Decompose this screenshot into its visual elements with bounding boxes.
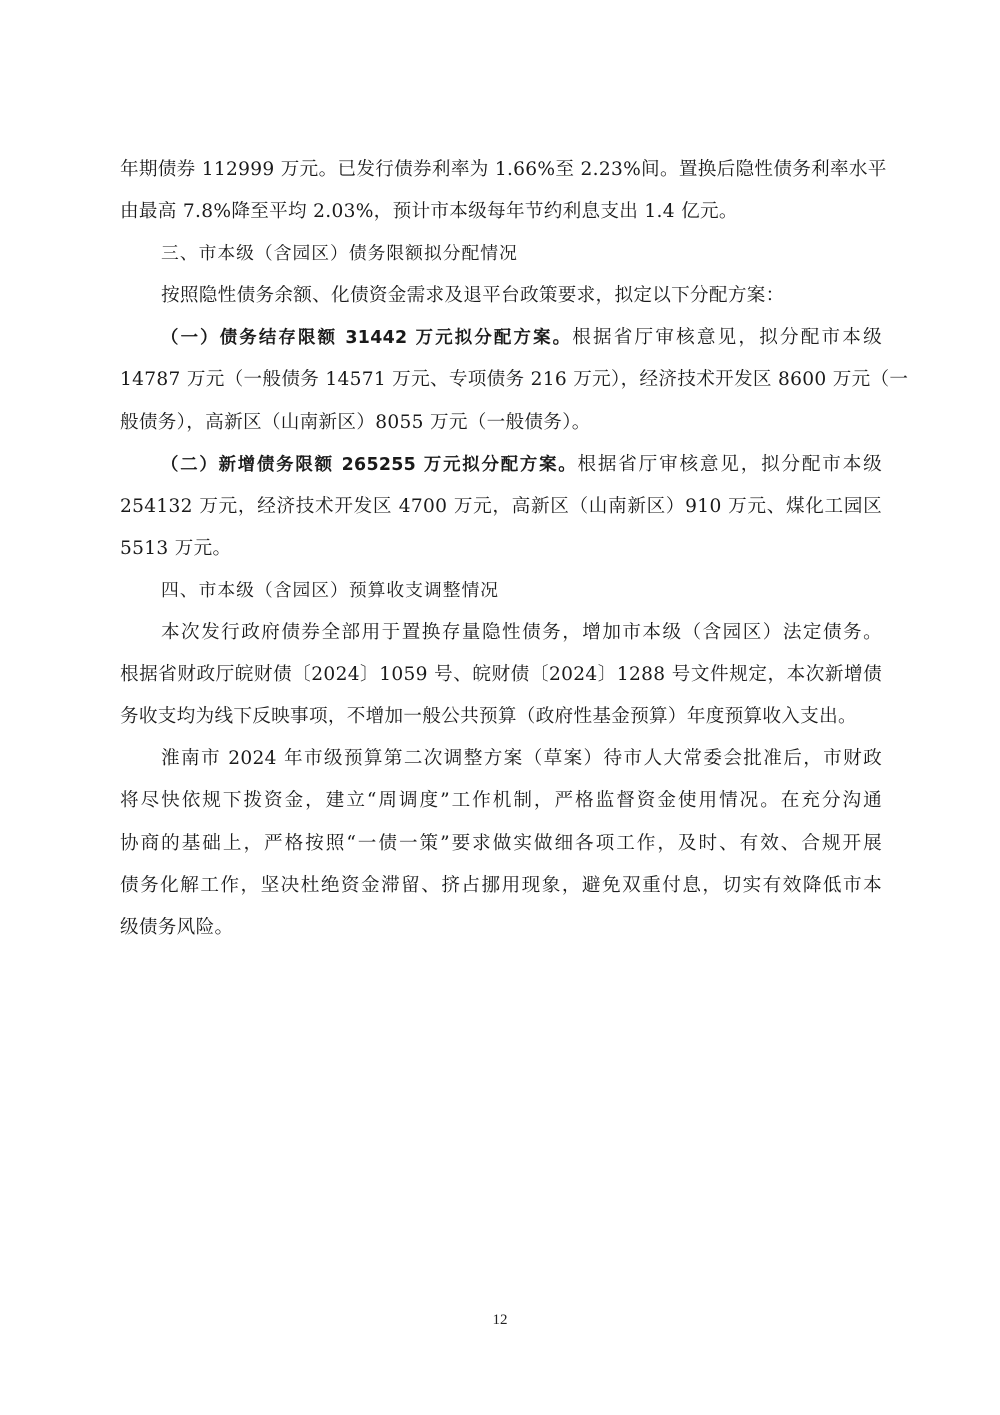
body-line: 本次发行政府债券全部用于置换存量隐性债务，增加市本级（含园区）法定债务。 — [120, 612, 882, 654]
body-line: 淮南市 2024 年市级预算第二次调整方案（草案）待市人大常委会批准后，市财政 — [120, 738, 882, 780]
body-line: 14787 万元（一般债务 14571 万元、专项债务 216 万元），经济技术… — [120, 359, 882, 401]
body-line: 由最高 7.8%降至平均 2.03%，预计市本级每年节约利息支出 1.4 亿元。 — [120, 191, 882, 233]
section-heading-4: 四、市本级（含园区）预算收支调整情况 — [120, 570, 882, 612]
body-line: 协商的基础上，严格按照“一债一策”要求做实做细各项工作，及时、有效、合规开展 — [120, 823, 882, 865]
body-line: 级债务风险。 — [120, 907, 882, 949]
body-line: 根据省财政厅皖财债〔2024〕1059 号、皖财债〔2024〕1288 号文件规… — [120, 654, 882, 696]
body-line: 般债务），高新区（山南新区）8055 万元（一般债务）。 — [120, 402, 882, 444]
body-line: 年期债券 112999 万元。已发行债券利率为 1.66%至 2.23%间。置换… — [120, 149, 882, 191]
body-line: 务收支均为线下反映事项，不增加一般公共预算（政府性基金预算）年度预算收入支出。 — [120, 696, 882, 738]
page-number: 12 — [0, 1312, 1000, 1329]
document-page: 年期债券 112999 万元。已发行债券利率为 1.66%至 2.23%间。置换… — [120, 149, 882, 949]
body-line: 254132 万元，经济技术开发区 4700 万元，高新区（山南新区）910 万… — [120, 486, 882, 528]
body-text: 根据省厅审核意见，拟分配市本级 — [572, 327, 882, 348]
subsection-1-bold-lead: （一）债务结存限额 31442 万元拟分配方案。 — [161, 328, 572, 348]
body-line: 按照隐性债务余额、化债资金需求及退平台政策要求，拟定以下分配方案： — [120, 275, 882, 317]
body-text: 根据省厅审核意见，拟分配市本级 — [577, 454, 882, 475]
body-line: 将尽快依规下拨资金，建立“周调度”工作机制，严格监督资金使用情况。在充分沟通 — [120, 780, 882, 822]
section-heading-3: 三、市本级（含园区）债务限额拟分配情况 — [120, 233, 882, 275]
subsection-2-bold-lead: （二）新增债务限额 265255 万元拟分配方案。 — [161, 455, 577, 475]
subsection-1-first-line: （一）债务结存限额 31442 万元拟分配方案。根据省厅审核意见，拟分配市本级 — [120, 317, 882, 359]
body-line: 债务化解工作，坚决杜绝资金滞留、挤占挪用现象，避免双重付息，切实有效降低市本 — [120, 865, 882, 907]
body-line: 5513 万元。 — [120, 528, 882, 570]
subsection-2-first-line: （二）新增债务限额 265255 万元拟分配方案。根据省厅审核意见，拟分配市本级 — [120, 444, 882, 486]
